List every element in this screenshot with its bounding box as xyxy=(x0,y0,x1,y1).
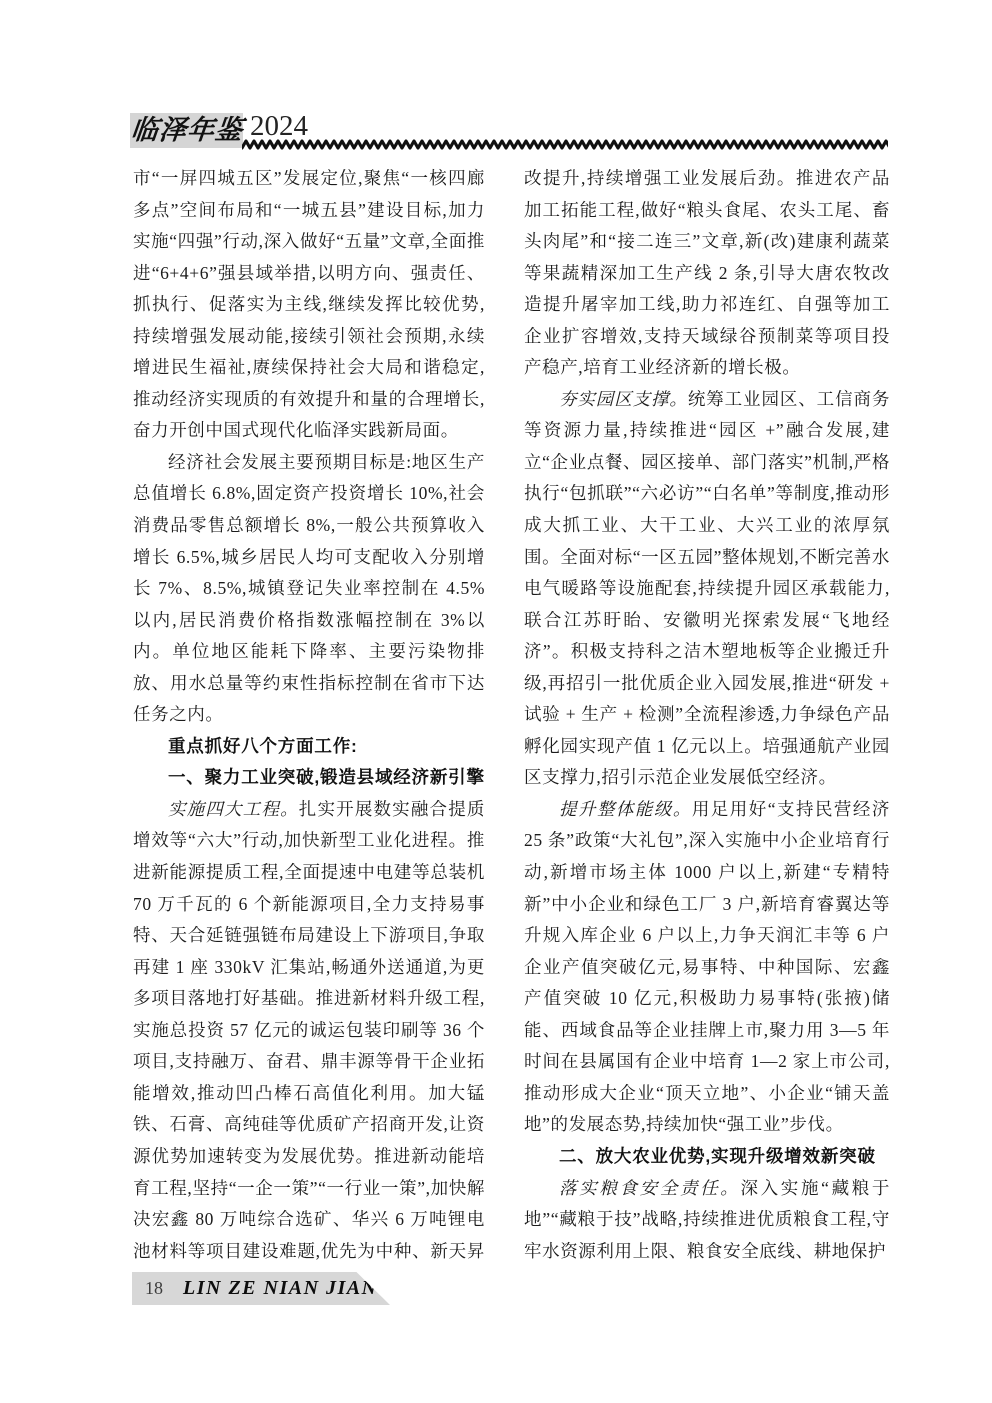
paragraph: 夯实园区支撑。统筹工业园区、工信商务等资源力量,持续推进“园区 +”融合发展,建… xyxy=(524,384,890,794)
yearbook-logo-box: 临泽年鉴 xyxy=(130,113,243,148)
text-run: 市“一屏四城五区”发展定位,聚焦“一核四廊多点”空间布局和“一城五县”建设目标,… xyxy=(133,168,485,440)
paragraph: 经济社会发展主要预期目标是:地区生产总值增长 6.8%,固定资产投资增长 10%… xyxy=(133,447,485,731)
section-heading: 重点抓好八个方面工作: xyxy=(133,731,485,763)
paragraph: 改提升,持续增强工业发展后劲。推进农产品加工拓能工程,做好“粮头食尾、农头工尾、… xyxy=(524,163,890,384)
page-number: 18 xyxy=(145,1278,163,1299)
text-run: 重点抓好八个方面工作: xyxy=(168,736,358,756)
text-run: 一、聚力工业突破,锻造县域经济新引擎 xyxy=(168,767,485,787)
zigzag-divider xyxy=(242,138,888,151)
text-run: 提升整体能级。 xyxy=(559,799,692,819)
text-run: 用足用好“支持民营经济 25 条”政策“大礼包”,深入实施中小企业培育行动,新增… xyxy=(524,799,890,1134)
paragraph: 市“一屏四城五区”发展定位,聚焦“一核四廊多点”空间布局和“一城五县”建设目标,… xyxy=(133,163,485,447)
paragraph: 实施四大工程。扎实开展数实融合提质增效等“六大”行动,加快新型工业化进程。推进新… xyxy=(133,794,485,1267)
column-right: 改提升,持续增强工业发展后劲。推进农产品加工拓能工程,做好“粮头食尾、农头工尾、… xyxy=(524,163,890,1267)
text-run: 扎实开展数实融合提质增效等“六大”行动,加快新型工业化进程。推进新能源提质工程,… xyxy=(133,799,485,1267)
text-run: 实施四大工程。 xyxy=(168,799,299,819)
column-left: 市“一屏四城五区”发展定位,聚焦“一核四廊多点”空间布局和“一城五县”建设目标,… xyxy=(133,163,485,1267)
footer-ribbon: 18 LIN ZE NIAN JIAN xyxy=(132,1272,390,1305)
text-run: 统筹工业园区、工信商务等资源力量,持续推进“园区 +”融合发展,建立“企业点餐、… xyxy=(524,389,890,788)
yearbook-page: { "header": { "logo": "临泽年鉴", "year": "2… xyxy=(0,0,992,1403)
paragraph: 落实粮食安全责任。深入实施“藏粮于地”“藏粮于技”战略,持续推进优质粮食工程,守… xyxy=(524,1173,890,1268)
footer-title: LIN ZE NIAN JIAN xyxy=(183,1277,378,1300)
article-body: 市“一屏四城五区”发展定位,聚焦“一核四廊多点”空间布局和“一城五县”建设目标,… xyxy=(133,163,890,1267)
text-run: 改提升,持续增强工业发展后劲。推进农产品加工拓能工程,做好“粮头食尾、农头工尾、… xyxy=(524,168,890,377)
text-run: 二、放大农业优势,实现升级增效新突破 xyxy=(559,1146,876,1166)
yearbook-logo-text: 临泽年鉴 xyxy=(129,117,244,144)
section-heading: 一、聚力工业突破,锻造县域经济新引擎 xyxy=(133,762,485,794)
section-heading: 二、放大农业优势,实现升级增效新突破 xyxy=(524,1141,890,1173)
text-run: 经济社会发展主要预期目标是:地区生产总值增长 6.8%,固定资产投资增长 10%… xyxy=(133,452,485,724)
text-run: 落实粮食安全责任。 xyxy=(559,1178,740,1198)
text-run: 夯实园区支撑。 xyxy=(559,389,688,409)
paragraph: 提升整体能级。用足用好“支持民营经济 25 条”政策“大礼包”,深入实施中小企业… xyxy=(524,794,890,1141)
